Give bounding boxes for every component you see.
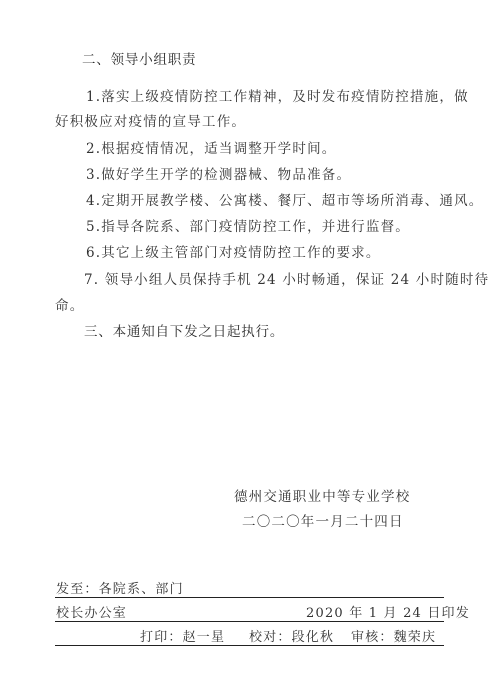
- duty-item-5: 5.指导各院系、部门疫情防控工作，并进行监督。: [86, 215, 410, 235]
- duty-item-4: 4.定期开展教学楼、公寓楼、餐厅、超市等场所消毒、通风。: [86, 189, 483, 209]
- duty-item-7-line-2: 命。: [55, 294, 84, 314]
- divider-line: [55, 645, 444, 646]
- send-to: 发至：各院系、部门: [56, 578, 184, 597]
- duty-item-3: 3.做好学生开学的检测器械、物品准备。: [86, 163, 351, 183]
- duty-item-7-line-1: 7. 领导小组人员保持手机 24 小时畅通，保证 24 小时随时待: [84, 268, 489, 288]
- duty-item-6: 6.其它上级主管部门对疫情防控工作的要求。: [86, 241, 381, 261]
- divider-line: [55, 621, 444, 622]
- reviewer: 审核：魏荣庆: [351, 626, 436, 645]
- duty-item-1-line-1: 1.落实上级疫情防控工作精神，及时发布疫情防控措施，做: [86, 85, 469, 105]
- section-heading-leadership-duties: 二、领导小组职责: [82, 48, 196, 68]
- section-heading-effective: 三、本通知自下发之日起执行。: [84, 320, 284, 340]
- divider-line: [55, 597, 444, 598]
- duty-item-1-line-2: 好积极应对疫情的宣导工作。: [55, 110, 246, 130]
- signature-date: 二〇二〇年一月二十四日: [242, 510, 404, 530]
- duty-item-2: 2.根据疫情情况，适当调整开学时间。: [86, 137, 336, 157]
- proofreader: 校对：段化秋: [249, 626, 334, 645]
- printer: 打印：赵一星: [140, 626, 225, 645]
- issue-date: 2020 年 1 月 24 日印发: [306, 602, 470, 621]
- issuing-office: 校长办公室: [56, 602, 127, 621]
- issuing-organization: 德州交通职业中等专业学校: [234, 485, 410, 505]
